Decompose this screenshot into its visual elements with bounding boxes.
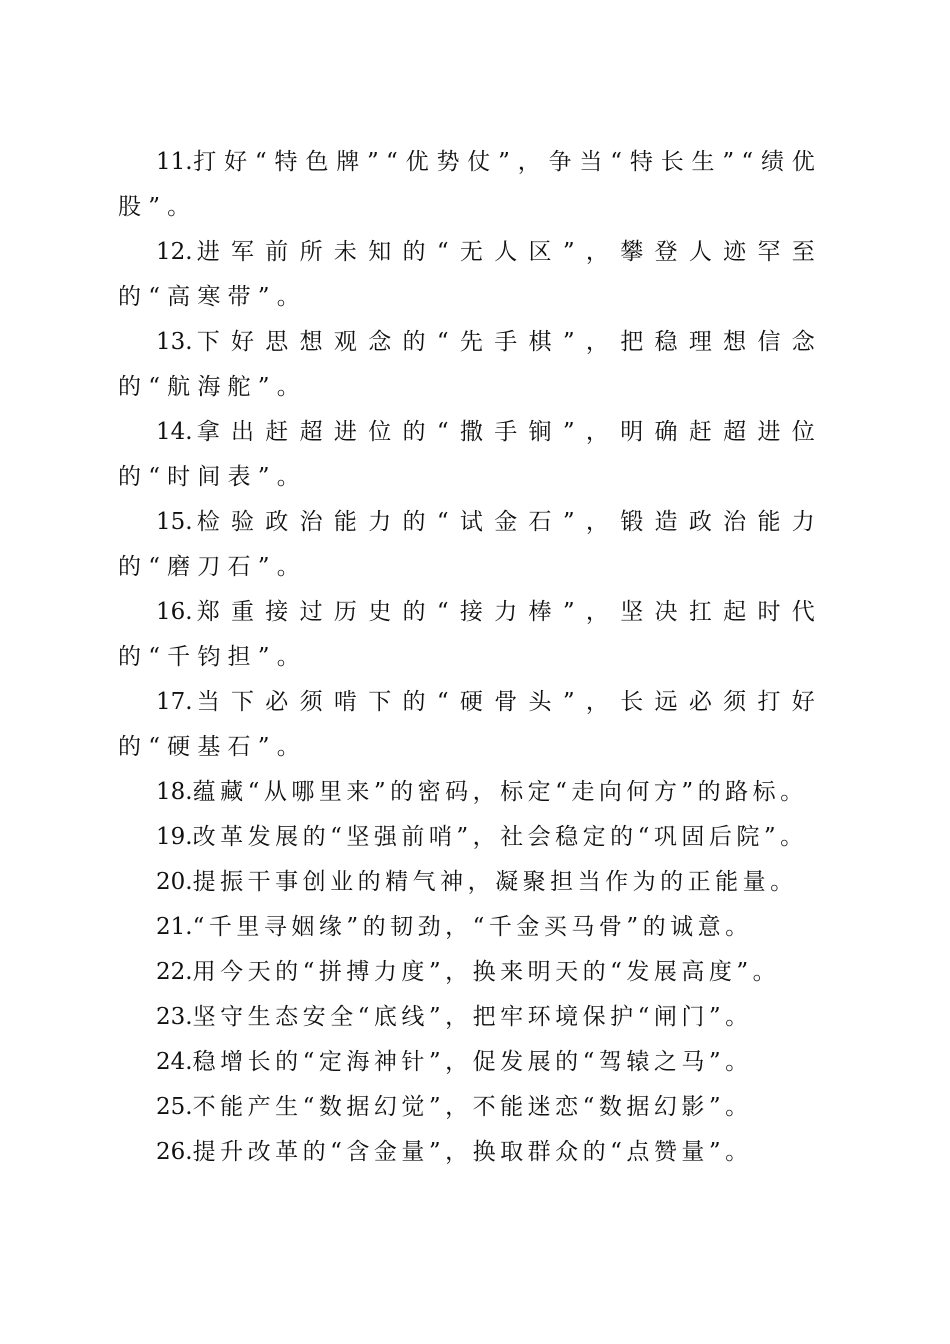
list-item: 16.郑重接过历史的“接力棒”，坚决扛起时代的“千钧担”。: [118, 590, 822, 680]
list-item: 15.检验政治能力的“试金石”，锻造政治能力的“磨刀石”。: [118, 500, 822, 590]
list-item: 20.提振干事创业的精气神，凝聚担当作为的正能量。: [118, 860, 822, 905]
list-item: 11.打好“特色牌”“优势仗”，争当“特长生”“绩优股”。: [118, 140, 822, 230]
list-item: 25.不能产生“数据幻觉”，不能迷恋“数据幻影”。: [118, 1085, 822, 1130]
list-item: 18.蕴藏“从哪里来”的密码，标定“走向何方”的路标。: [118, 770, 822, 815]
list-item: 21.“千里寻姻缘”的韧劲，“千金买马骨”的诚意。: [118, 905, 822, 950]
list-item: 14.拿出赶超进位的“撒手锏”，明确赶超进位的“时间表”。: [118, 410, 822, 500]
list-item: 23.坚守生态安全“底线”，把牢环境保护“闸门”。: [118, 995, 822, 1040]
list-item: 24.稳增长的“定海神针”，促发展的“驾辕之马”。: [118, 1040, 822, 1085]
list-item: 19.改革发展的“坚强前哨”，社会稳定的“巩固后院”。: [118, 815, 822, 860]
list-item: 26.提升改革的“含金量”，换取群众的“点赞量”。: [118, 1130, 822, 1175]
list-item: 17.当下必须啃下的“硬骨头”，长远必须打好的“硬基石”。: [118, 680, 822, 770]
list-item: 22.用今天的“拼搏力度”，换来明天的“发展高度”。: [118, 950, 822, 995]
list-item: 12.进军前所未知的“无人区”，攀登人迹罕至的“高寒带”。: [118, 230, 822, 320]
document-page: 11.打好“特色牌”“优势仗”，争当“特长生”“绩优股”。 12.进军前所未知的…: [118, 140, 822, 1175]
list-item: 13.下好思想观念的“先手棋”，把稳理想信念的“航海舵”。: [118, 320, 822, 410]
